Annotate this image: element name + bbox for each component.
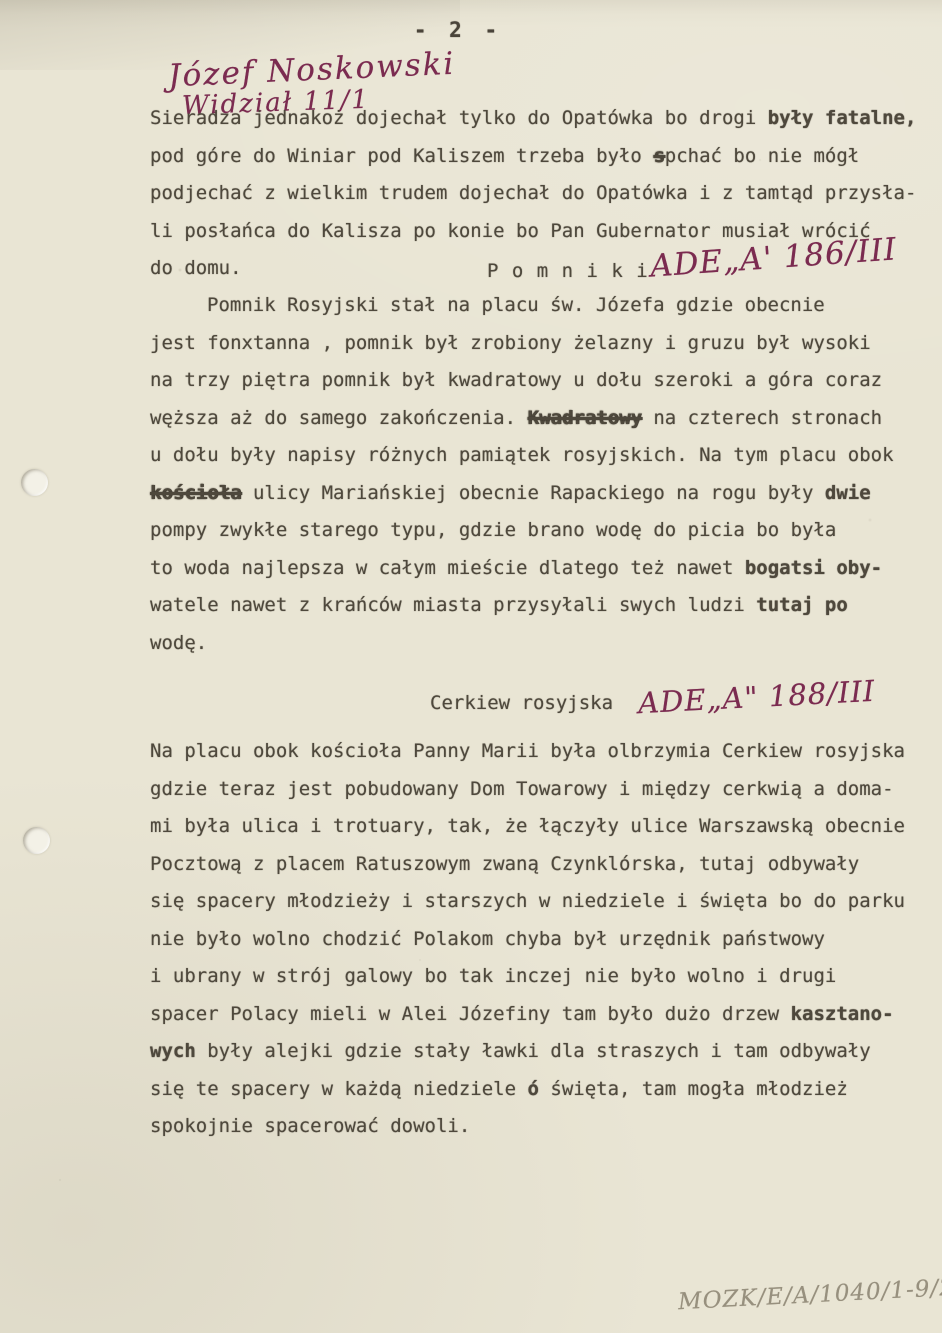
text-line: jest fonxtanna , pomnik był zrobiony żel… bbox=[150, 325, 894, 363]
struck-out-word: s bbox=[653, 145, 664, 167]
text-segment: na czterech stronach bbox=[642, 407, 882, 429]
scanned-page: - 2 - Józef Noskowski Widział 11/1 Siera… bbox=[0, 0, 942, 1333]
text-segment: gdzie teraz jest pobudowany Dom Towarowy… bbox=[150, 778, 894, 800]
text-line: wych były alejki gdzie stały ławki dla s… bbox=[150, 1033, 905, 1071]
section-heading-pomniki: P o m n i k i bbox=[487, 253, 649, 291]
text-segment: się te spacery w każdą niedziele bbox=[150, 1078, 528, 1100]
section-heading-cerkiew: Cerkiew rosyjska bbox=[430, 685, 613, 723]
text-line: i ubrany w strój galowy bo tak inczej ni… bbox=[150, 958, 905, 996]
text-line: Sieradza jednakoż dojechał tylko do Opat… bbox=[150, 100, 916, 138]
text-line: to woda najlepsza w całym mieście dlateg… bbox=[150, 550, 894, 588]
text-segment: Pomnik Rosyjski stał na placu św. Józefa… bbox=[207, 294, 825, 316]
text-line: spokojnie spacerować dowoli. bbox=[150, 1108, 905, 1146]
text-segment: jest fonxtanna , pomnik był zrobiony żel… bbox=[150, 332, 871, 354]
punch-hole-bottom bbox=[23, 827, 50, 854]
struck-out-word: Kwadratowy bbox=[528, 407, 642, 429]
text-segment: Na placu obok kościoła Panny Marii była … bbox=[150, 740, 905, 762]
pencil-archive-signature: MOZK/E/A/1040/1-9/2 bbox=[678, 1275, 942, 1315]
punch-hole-top bbox=[21, 469, 48, 496]
text-segment: święta, tam mogła młodzież bbox=[539, 1078, 848, 1100]
text-line: gdzie teraz jest pobudowany Dom Towarowy… bbox=[150, 771, 905, 809]
text-line: watele nawet z krańców miasta przysyłali… bbox=[150, 587, 894, 625]
text-segment: tutaj po bbox=[756, 594, 848, 616]
text-line: Na placu obok kościoła Panny Marii była … bbox=[150, 733, 905, 771]
text-segment: były alejki gdzie stały ławki dla strasz… bbox=[196, 1040, 871, 1062]
text-segment: kasztano- bbox=[791, 1003, 894, 1025]
text-segment: podjechać z wielkim trudem dojechał do O… bbox=[150, 182, 916, 204]
text-segment: pompy zwykłe starego typu, gdzie brano w… bbox=[150, 519, 836, 541]
text-line: wodę. bbox=[150, 625, 894, 663]
text-segment: nie było wolno chodzić Polakom chyba był… bbox=[150, 928, 825, 950]
text-segment: Pocztową z placem Ratuszowym zwaną Czynk… bbox=[150, 853, 859, 875]
paragraph-cerkiew: Na placu obok kościoła Panny Marii była … bbox=[150, 733, 905, 1146]
text-segment: bogatsi oby- bbox=[745, 557, 882, 579]
page-number: - 2 - bbox=[398, 18, 518, 42]
text-line: węższa aż do samego zakończenia. Kwadrat… bbox=[150, 400, 894, 438]
text-segment: były fatalne, bbox=[768, 107, 917, 129]
paragraph-pomnik-rosyjski: Pomnik Rosyjski stał na placu św. Józefa… bbox=[150, 287, 894, 662]
text-segment: węższa aż do samego zakończenia. bbox=[150, 407, 528, 429]
text-line: pompy zwykłe starego typu, gdzie brano w… bbox=[150, 512, 894, 550]
text-segment: mi była ulica i trotuary, tak, że łączył… bbox=[150, 815, 905, 837]
text-segment: na trzy piętra pomnik był kwadratowy u d… bbox=[150, 369, 882, 391]
text-segment: to woda najlepsza w całym mieście dlateg… bbox=[150, 557, 745, 579]
struck-out-word: kościoła bbox=[150, 482, 242, 504]
text-line: u dołu były napisy różnych pamiątek rosy… bbox=[150, 437, 894, 475]
text-segment: Sieradza jednakoż dojechał tylko do Opat… bbox=[150, 107, 768, 129]
text-line: nie było wolno chodzić Polakom chyba był… bbox=[150, 921, 905, 959]
text-segment: li posłańca do Kalisza po konie bo Pan G… bbox=[150, 220, 871, 242]
text-line: spacer Polacy mieli w Alei Józefiny tam … bbox=[150, 996, 905, 1034]
text-segment: wych bbox=[150, 1040, 196, 1062]
text-segment: dwie bbox=[825, 482, 871, 504]
text-segment: pchać bo nie mógł bbox=[665, 145, 859, 167]
text-segment: spacer Polacy mieli w Alei Józefiny tam … bbox=[150, 1003, 791, 1025]
text-line: mi była ulica i trotuary, tak, że łączył… bbox=[150, 808, 905, 846]
text-segment: spokojnie spacerować dowoli. bbox=[150, 1115, 470, 1137]
text-line: kościoła ulicy Mariańskiej obecnie Rapac… bbox=[150, 475, 894, 513]
text-line: Pomnik Rosyjski stał na placu św. Józefa… bbox=[150, 287, 894, 325]
text-segment: u dołu były napisy różnych pamiątek rosy… bbox=[150, 444, 894, 466]
handwritten-archive-ref-cerkiew: ADE„A" 188/III bbox=[637, 674, 876, 720]
text-line: pod góre do Winiar pod Kaliszem trzeba b… bbox=[150, 138, 916, 176]
text-line: na trzy piętra pomnik był kwadratowy u d… bbox=[150, 362, 894, 400]
text-segment: ulicy Mariańskiej obecnie Rapackiego na … bbox=[242, 482, 825, 504]
text-line: się te spacery w każdą niedziele ó święt… bbox=[150, 1071, 905, 1109]
text-line: się spacery młodzieży i starszych w nied… bbox=[150, 883, 905, 921]
text-line: Pocztową z placem Ratuszowym zwaną Czynk… bbox=[150, 846, 905, 884]
text-segment: się spacery młodzieży i starszych w nied… bbox=[150, 890, 905, 912]
text-segment: ó bbox=[528, 1078, 539, 1100]
text-segment: do domu. bbox=[150, 257, 242, 279]
text-segment: wodę. bbox=[150, 632, 207, 654]
text-segment: pod góre do Winiar pod Kaliszem trzeba b… bbox=[150, 145, 653, 167]
text-line: podjechać z wielkim trudem dojechał do O… bbox=[150, 175, 916, 213]
text-segment: i ubrany w strój galowy bo tak inczej ni… bbox=[150, 965, 836, 987]
text-segment: watele nawet z krańców miasta przysyłali… bbox=[150, 594, 756, 616]
